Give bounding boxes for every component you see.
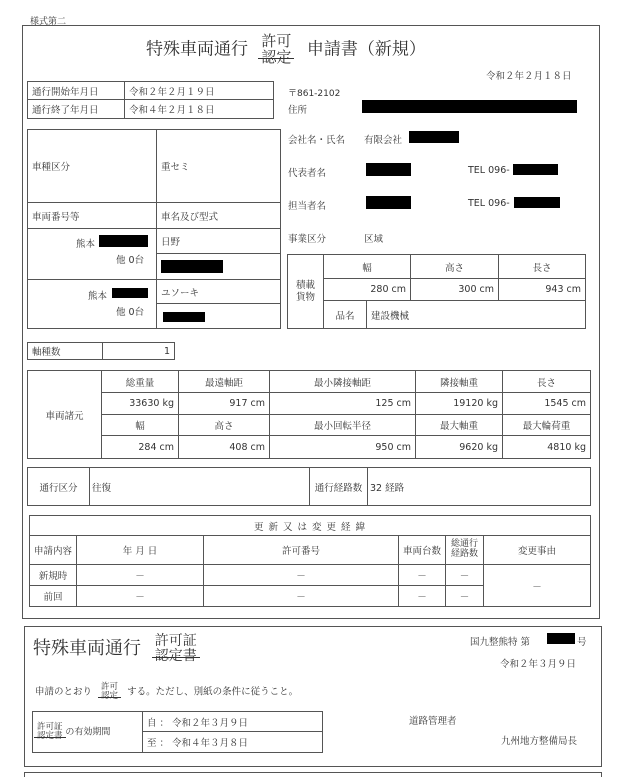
vehicle-unit-2-plate: 熊本: [88, 288, 107, 302]
address-redacted: [362, 100, 577, 113]
spec-max-axle-weight-value: 9620 kg: [416, 436, 503, 459]
validity-table: 許可証 認定書 の有効期間 自 ： 令和２年３月９日 至 ： 令和４年３月８日: [32, 711, 323, 753]
company-redacted: [409, 131, 459, 143]
period-end-label: 通行終了年月日: [28, 100, 125, 119]
spec-max-wheelbase-header: 最遠軸距: [179, 371, 270, 393]
period-table: 通行開始年月日令和２年２月１９日 通行終了年月日令和４年２月１８日: [27, 81, 274, 119]
validity-label-cell: 許可証 認定書 の有効期間: [33, 712, 143, 753]
cargo-length-header: 長さ: [499, 255, 586, 279]
specs-table: 車両諸元 総重量 最遠軸距 最小隣接軸距 隣接軸重 長さ 33630 kg 91…: [27, 370, 591, 459]
contact-label: 担当者名: [288, 198, 326, 212]
history-title: 更 新 又 は 変 更 経 緯: [30, 516, 591, 536]
vehicle-unit-1-others: 他 0台: [116, 252, 144, 266]
business-type-label: 事業区分: [288, 231, 326, 245]
spec-min-adjacent-axle-distance-value: 125 cm: [270, 393, 416, 415]
vehicle-unit-1-maker: 日野: [157, 229, 281, 254]
vehicle-unit-2-plate-redacted: [112, 288, 148, 298]
axle-types-label: 軸種数: [28, 343, 103, 360]
history-row-new-routes: －: [446, 565, 484, 586]
cargo-length-value: 943 cm: [499, 279, 586, 301]
contact-redacted: [366, 196, 411, 209]
vehicle-unit-2-model-cell: [157, 304, 281, 329]
history-header-routes: 総通行経路数: [446, 536, 484, 565]
next-section-edge: [24, 772, 602, 777]
permit-title: 特殊車両通行 許可証 認定書: [33, 634, 197, 664]
vehicle-unit-2-plate-cell: 熊本 他 0台: [28, 280, 157, 329]
route-count-value: 32 経路: [368, 468, 591, 506]
cargo-height-header: 高さ: [411, 255, 499, 279]
validity-label: の有効期間: [65, 728, 110, 738]
specs-label: 車両諸元: [28, 371, 102, 459]
spec-length-value: 1545 cm: [503, 393, 591, 415]
spec-max-wheel-load-header: 最大輪荷重: [503, 415, 591, 436]
spec-adjacent-axle-weight-value: 19120 kg: [416, 393, 503, 415]
vehicle-unit-1-plate: 熊本: [76, 236, 95, 250]
history-header-routes-line1: 総通行: [451, 539, 478, 549]
contact-tel-redacted: [514, 197, 560, 208]
spec-max-wheel-load-value: 4810 kg: [503, 436, 591, 459]
permit-statement: 申請のとおり 許可 認定 する。ただし、別紙の条件に従うこと。: [35, 683, 298, 701]
vehicle-unit-1-plate-redacted: [99, 235, 148, 247]
statement-prefix: 申請のとおり: [35, 686, 92, 697]
permit-number-redacted: [547, 633, 575, 644]
validity-from: 自 ： 令和２年３月９日: [143, 712, 323, 732]
cargo-width-header: 幅: [324, 255, 411, 279]
spec-max-wheelbase-value: 917 cm: [179, 393, 270, 415]
spec-gross-weight-header: 総重量: [102, 371, 179, 393]
vehicle-model-label: 車名及び型式: [157, 203, 281, 229]
address-label: 住所: [288, 102, 307, 116]
history-header-reason: 変更事由: [484, 536, 591, 565]
validity-to: 至 ： 令和４年３月８日: [143, 732, 323, 753]
application-date: 令和２年２月１８日: [486, 68, 572, 82]
vehicle-unit-1-plate-cell: 熊本 他 0台: [28, 229, 157, 280]
history-row-previous-date: －: [77, 586, 204, 607]
vehicle-unit-2-maker: ユソーキ: [157, 280, 281, 304]
history-row-new-number: －: [204, 565, 399, 586]
permit-title-option-struck: 認定書: [155, 649, 197, 664]
spec-max-axle-weight-header: 最大軸重: [416, 415, 503, 436]
history-row-previous-routes: －: [446, 586, 484, 607]
history-header-date: 年 月 日: [77, 536, 204, 565]
history-header-routes-line2: 経路数: [451, 549, 478, 559]
spec-min-turning-radius-header: 最小回転半径: [270, 415, 416, 436]
representative-tel-redacted: [513, 164, 558, 175]
cargo-name-value: 建設機械: [367, 301, 586, 329]
vehicle-unit-2-model-redacted: [163, 312, 205, 322]
route-table: 通行区分 往復 通行経路数 32 経路: [27, 467, 591, 506]
spec-length-header: 長さ: [503, 371, 591, 393]
spec-height-header: 高さ: [179, 415, 270, 436]
title-suffix: 申請書（新規）: [307, 39, 426, 59]
title-prefix: 特殊車両通行: [146, 39, 248, 59]
spec-height-value: 408 cm: [179, 436, 270, 459]
cargo-label-cell: 積載貨物: [288, 255, 324, 329]
spec-min-turning-radius-value: 950 cm: [270, 436, 416, 459]
contact-tel: TEL 096-: [468, 198, 510, 209]
spec-width-header: 幅: [102, 415, 179, 436]
cargo-table: 積載貨物 幅 高さ 長さ 280 cm 300 cm 943 cm 品名 建設機…: [287, 254, 586, 329]
company-label: 会社名・氏名: [288, 132, 345, 146]
history-row-previous-label: 前回: [30, 586, 77, 607]
history-row-new-label: 新規時: [30, 565, 77, 586]
history-header-permit-number: 許可番号: [204, 536, 399, 565]
cargo-label-line1: 積載: [296, 280, 315, 291]
route-type-value: 往復: [90, 468, 310, 506]
vehicle-table: 車種区分重セミ 車両番号等車名及び型式 熊本 他 0台 日野 熊本 他 0台 ユ…: [27, 129, 281, 329]
application-title: 特殊車両通行 許可 認定 申請書（新規）: [146, 34, 426, 66]
representative-label: 代表者名: [288, 165, 326, 179]
representative-redacted: [366, 163, 411, 176]
cargo-label-line2: 貨物: [296, 292, 315, 303]
permit-title-prefix: 特殊車両通行: [33, 638, 141, 659]
vehicle-type-value: 重セミ: [157, 130, 281, 203]
vehicle-number-label: 車両番号等: [28, 203, 157, 229]
statement-suffix: する。ただし、別紙の条件に従うこと。: [127, 686, 298, 697]
cargo-width-value: 280 cm: [324, 279, 411, 301]
spec-adjacent-axle-weight-header: 隣接軸重: [416, 371, 503, 393]
history-row-previous-vehicles: －: [399, 586, 446, 607]
spec-min-adjacent-axle-distance-header: 最小隣接軸距: [270, 371, 416, 393]
vehicle-type-label: 車種区分: [28, 130, 157, 203]
route-type-label: 通行区分: [28, 468, 90, 506]
axle-types-value: 1: [103, 343, 175, 360]
cargo-height-value: 300 cm: [411, 279, 499, 301]
period-start-label: 通行開始年月日: [28, 82, 125, 100]
company-value: 有限会社: [364, 132, 402, 146]
cargo-name-label: 品名: [324, 301, 367, 329]
permit-number-suffix: 号: [577, 634, 587, 648]
history-reason: －: [484, 565, 591, 607]
postal-code: 〒861-2102: [288, 86, 340, 99]
permit-number-prefix: 国九整熊特 第: [470, 634, 530, 648]
permit-title-option-kept: 許可証: [155, 633, 197, 649]
statement-option-struck: 認定: [101, 692, 118, 701]
axle-types-table: 軸種数1: [27, 342, 175, 360]
permit-date: 令和２年３月９日: [500, 656, 576, 670]
history-row-new-date: －: [77, 565, 204, 586]
history-row-previous-number: －: [204, 586, 399, 607]
history-header-type: 申請内容: [30, 536, 77, 565]
issuer-label: 道路管理者: [409, 713, 457, 727]
period-end-value: 令和４年２月１８日: [125, 100, 274, 119]
representative-tel: TEL 096-: [468, 165, 510, 176]
route-count-label: 通行経路数: [310, 468, 368, 506]
history-header-vehicles: 車両台数: [399, 536, 446, 565]
vehicle-unit-1-model-cell: [157, 254, 281, 280]
title-option-struck: 認定: [261, 50, 291, 66]
spec-gross-weight-value: 33630 kg: [102, 393, 179, 415]
spec-width-value: 284 cm: [102, 436, 179, 459]
business-type-value: 区域: [364, 231, 383, 245]
history-row-new-vehicles: －: [399, 565, 446, 586]
issuer: 九州地方整備局長: [501, 733, 577, 747]
vehicle-unit-2-others: 他 0台: [116, 304, 144, 318]
history-table: 更 新 又 は 変 更 経 緯 申請内容 年 月 日 許可番号 車両台数 総通行…: [29, 515, 591, 607]
period-start-value: 令和２年２月１９日: [125, 82, 274, 100]
vehicle-unit-1-model-redacted: [161, 260, 223, 273]
validity-option-struck: 認定書: [37, 732, 63, 741]
